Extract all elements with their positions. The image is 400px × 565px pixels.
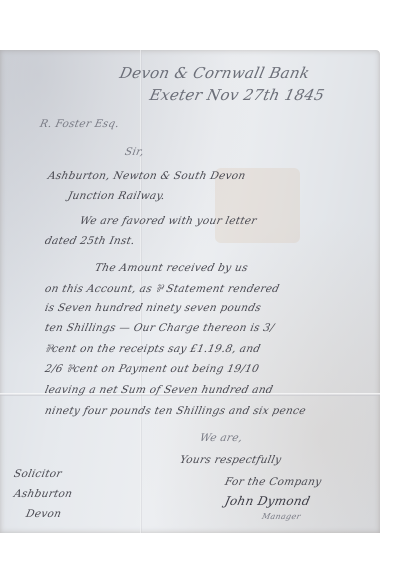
bank-header: Devon & Cornwall Bank — [118, 64, 311, 82]
place-date: Exeter Nov 27th 1845 — [148, 86, 326, 104]
salutation: Sir, — [124, 146, 146, 158]
body-line-1: We are favored with your letter — [79, 215, 258, 227]
closing-company: For the Company — [224, 476, 323, 488]
addressee: R. Foster Esq. — [39, 118, 121, 130]
subject-line-2: Junction Railway. — [67, 190, 167, 202]
margin-note-2: Ashburton — [13, 488, 74, 500]
body-line-2: dated 25th Inst. — [44, 235, 136, 247]
subject-line-1: Ashburton, Newton & South Devon — [47, 170, 247, 182]
closing-respectfully: Yours respectfully — [179, 454, 283, 466]
body-line-5: is Seven hundred ninety seven pounds — [44, 302, 263, 314]
closing-we-are: We are, — [199, 432, 244, 444]
body-line-10: ninety four pounds ten Shillings and six… — [44, 405, 307, 417]
body-line-6: ten Shillings — Our Charge thereon is 3/ — [44, 322, 276, 334]
body-line-8: 2/6 ⅌cent on Payment out being 19/10 — [44, 362, 261, 376]
signature-title: Manager — [261, 512, 302, 521]
letter-paper: Devon & Cornwall Bank Exeter Nov 27th 18… — [0, 50, 380, 533]
body-line-3: The Amount received by us — [94, 262, 249, 274]
body-line-4: on this Account, as ⅌ Statement rendered — [44, 282, 281, 296]
margin-note-1: Solicitor — [13, 468, 63, 480]
body-line-9: leaving a net Sum of Seven hundred and — [44, 384, 275, 396]
margin-note-3: Devon — [25, 508, 63, 520]
signature: John Dymond — [224, 494, 312, 508]
body-line-7: ⅌cent on the receipts say £1.19.8, and — [44, 342, 262, 356]
